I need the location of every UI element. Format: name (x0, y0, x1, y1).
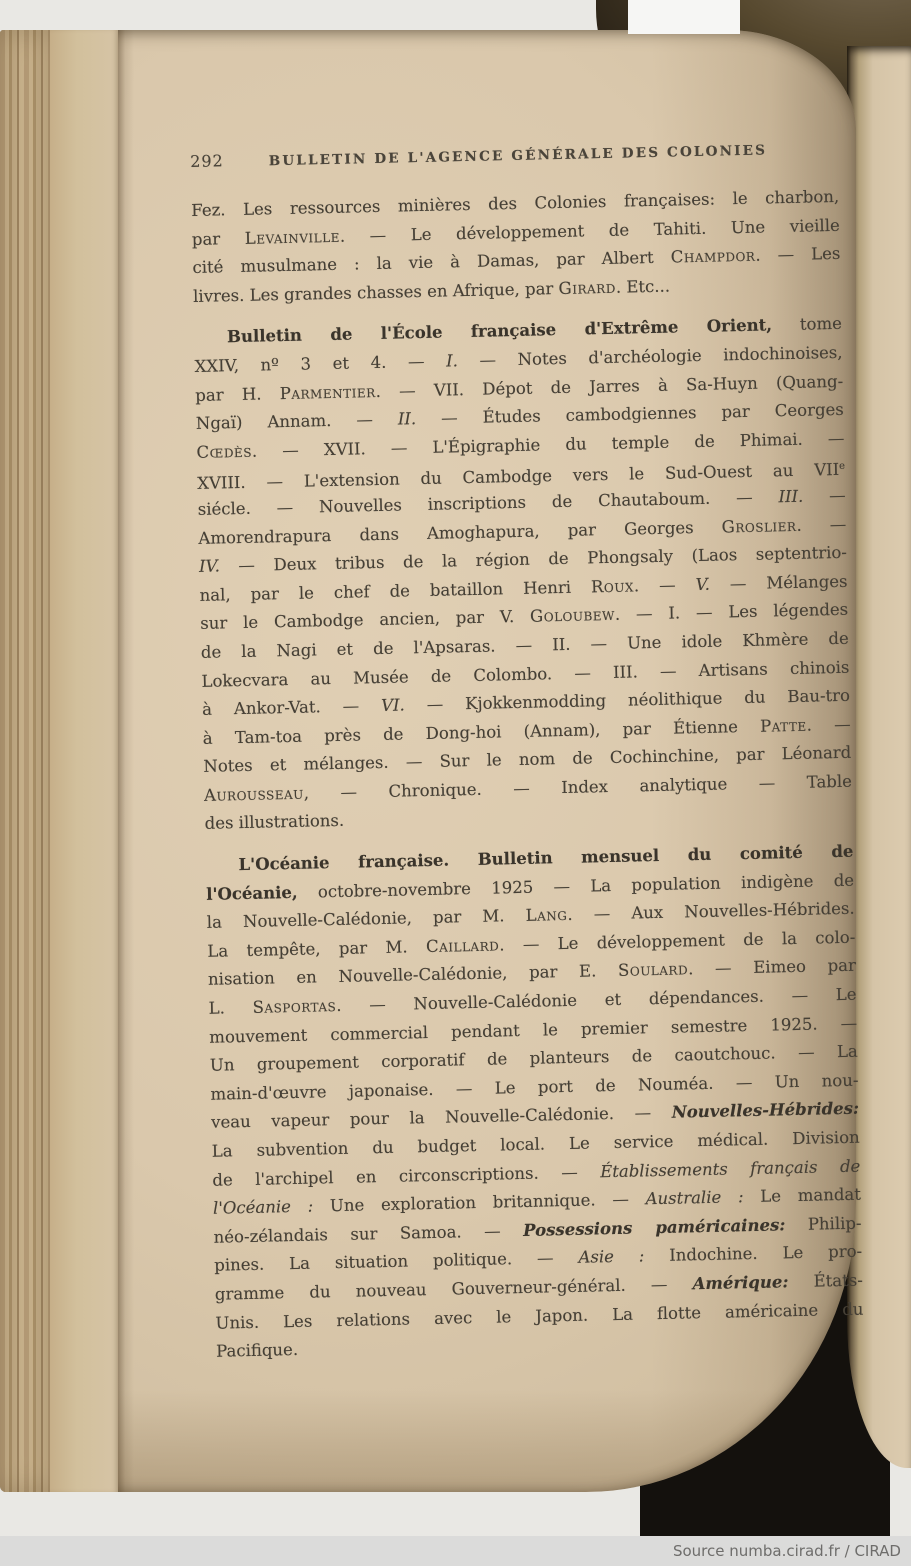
text-run: Le mandat (743, 1185, 861, 1207)
text-run: pines. La situation politique. — (214, 1248, 579, 1275)
text-run: Aurousseau (204, 784, 304, 805)
text-run: cité musulmane : la vie à Damas, par Alb… (192, 248, 671, 277)
text-run: Patte (760, 715, 807, 735)
text-run: — Kjokkenmodding néolithique du Bau-tro (405, 686, 851, 715)
text-run: II. (398, 409, 417, 428)
running-header: BULLETIN DE L'AGENCE GÉNÉRALE DES COLONI… (224, 141, 839, 170)
text-run: . — (634, 575, 696, 595)
text-run: I. (446, 351, 458, 370)
text-run: . Etc... (616, 276, 671, 296)
text-run: e (839, 461, 845, 472)
page-edge-band (50, 30, 118, 1492)
paragraph: L'Océanie française. Bulletin mensuel du… (205, 838, 864, 1367)
text-run: Groslier (721, 515, 796, 536)
book-page: 292 BULLETIN DE L'AGENCE GÉNÉRALE DES CO… (0, 30, 856, 1492)
text-run: veau vapeur pour la Nouvelle-Calédonie. … (211, 1103, 672, 1132)
text-run: Nouvelles-Hébrides: (672, 1099, 860, 1122)
text-run: Goloubew (530, 605, 615, 626)
text-run: . — (806, 714, 850, 734)
text-run: Lang (525, 905, 567, 925)
text-run: Ngaï) Annam. — (196, 410, 398, 433)
paragraph: Bulletin de l'École française d'Extrême … (194, 310, 853, 839)
text-run: Une exploration britannique. — (313, 1190, 646, 1216)
text-run: . — Le développement de la colo- (499, 928, 855, 955)
text-run: . — (796, 514, 846, 534)
text-run: Levainville (245, 226, 340, 247)
text-run: Amérique: (692, 1272, 788, 1293)
text-run: Soulard (618, 960, 688, 981)
text-run: Possessions paméricaines: (523, 1215, 786, 1240)
running-header-row: 292 BULLETIN DE L'AGENCE GÉNÉRALE DES CO… (190, 138, 838, 172)
text-run: L. (208, 998, 252, 1018)
text-run: l'Océanie : (213, 1197, 314, 1218)
text-run: Sasportas (252, 996, 336, 1017)
paragraph: Fez. Les ressources minières des Colonie… (191, 183, 841, 311)
text-run: . — Les (755, 244, 840, 265)
text-run: à Ankor-Vat. — (202, 696, 381, 719)
text-run: Établissements français de (600, 1156, 860, 1181)
page-number: 292 (190, 151, 224, 171)
text-run: . — VII. Dépot de Jarres à Sa-Huyn (Quan… (375, 371, 843, 400)
text-run: nal, par le chef de bataillon Henri (199, 577, 591, 605)
text-run: . — Aux Nouvelles-Hébrides. (567, 899, 855, 924)
text-run: de l'archipel en circonscriptions. — (212, 1162, 600, 1189)
text-run: l'Océanie, (206, 882, 298, 903)
scanned-book-view: 292 BULLETIN DE L'AGENCE GÉNÉRALE DES CO… (0, 0, 911, 1566)
text-run: livres. Les grandes chasses en Afrique, … (193, 279, 559, 306)
text-run: la Nouvelle-Calédonie, par M. (207, 906, 526, 932)
text-run: — Mélanges (710, 571, 848, 593)
text-run: sur le Cambodge ancien, par V. (200, 607, 530, 633)
text-run: . — Eimeo par (688, 956, 856, 979)
text-run: néo-zélandais sur Samoa. — (213, 1221, 523, 1247)
text-run: tome (772, 314, 842, 335)
text-run: Girard (558, 278, 616, 298)
page-crease (118, 30, 134, 1492)
text-run: XXIV, nº 3 et 4. — (194, 351, 446, 375)
text-run: des illustrations. (204, 811, 344, 833)
text-run: IV. (199, 557, 220, 576)
text-run: par H. (195, 384, 280, 405)
source-credit-bar: Source numba.cirad.fr / CIRAD (0, 1536, 911, 1566)
text-run: La tempête, par M. (207, 937, 426, 961)
text-run: Asie : (578, 1247, 644, 1267)
text-run: Indochine. Le pro- (644, 1242, 862, 1266)
text-run: Australie : (645, 1187, 743, 1208)
text-run: Cœdès (196, 441, 252, 461)
text-run: Pacifique. (216, 1340, 298, 1361)
text-run: III. (778, 487, 803, 507)
text-run: États- (788, 1271, 863, 1292)
text-run: Caillard (426, 935, 500, 956)
page-edges-texture (0, 30, 50, 1492)
page-text-block: 292 BULLETIN DE L'AGENCE GÉNÉRALE DES CO… (190, 138, 864, 1367)
text-run: — Notes d'archéologie indochinoises, (458, 343, 843, 370)
text-run: par (192, 228, 245, 248)
text-run: — (803, 486, 846, 506)
text-run: V. (695, 574, 710, 593)
text-run: Champdor (671, 246, 756, 267)
source-credit: Source numba.cirad.fr / CIRAD (673, 1542, 901, 1560)
text-run: . — I. — Les légendes (615, 600, 849, 624)
text-run: gramme du nouveau Gouverneur-général. — (215, 1274, 693, 1303)
text-run: Philip- (785, 1213, 862, 1234)
paper-slip (628, 0, 740, 34)
text-run: nisation en Nouvelle-Calédonie, par E. (208, 961, 618, 989)
text-run: Parmentier (280, 382, 376, 403)
text-run: Roux (591, 576, 634, 596)
paragraphs: Fez. Les ressources minières des Colonie… (191, 183, 864, 1367)
text-run: VI. (381, 696, 405, 716)
text-run: — Études cambodgiennes par Ceorges (416, 400, 844, 428)
